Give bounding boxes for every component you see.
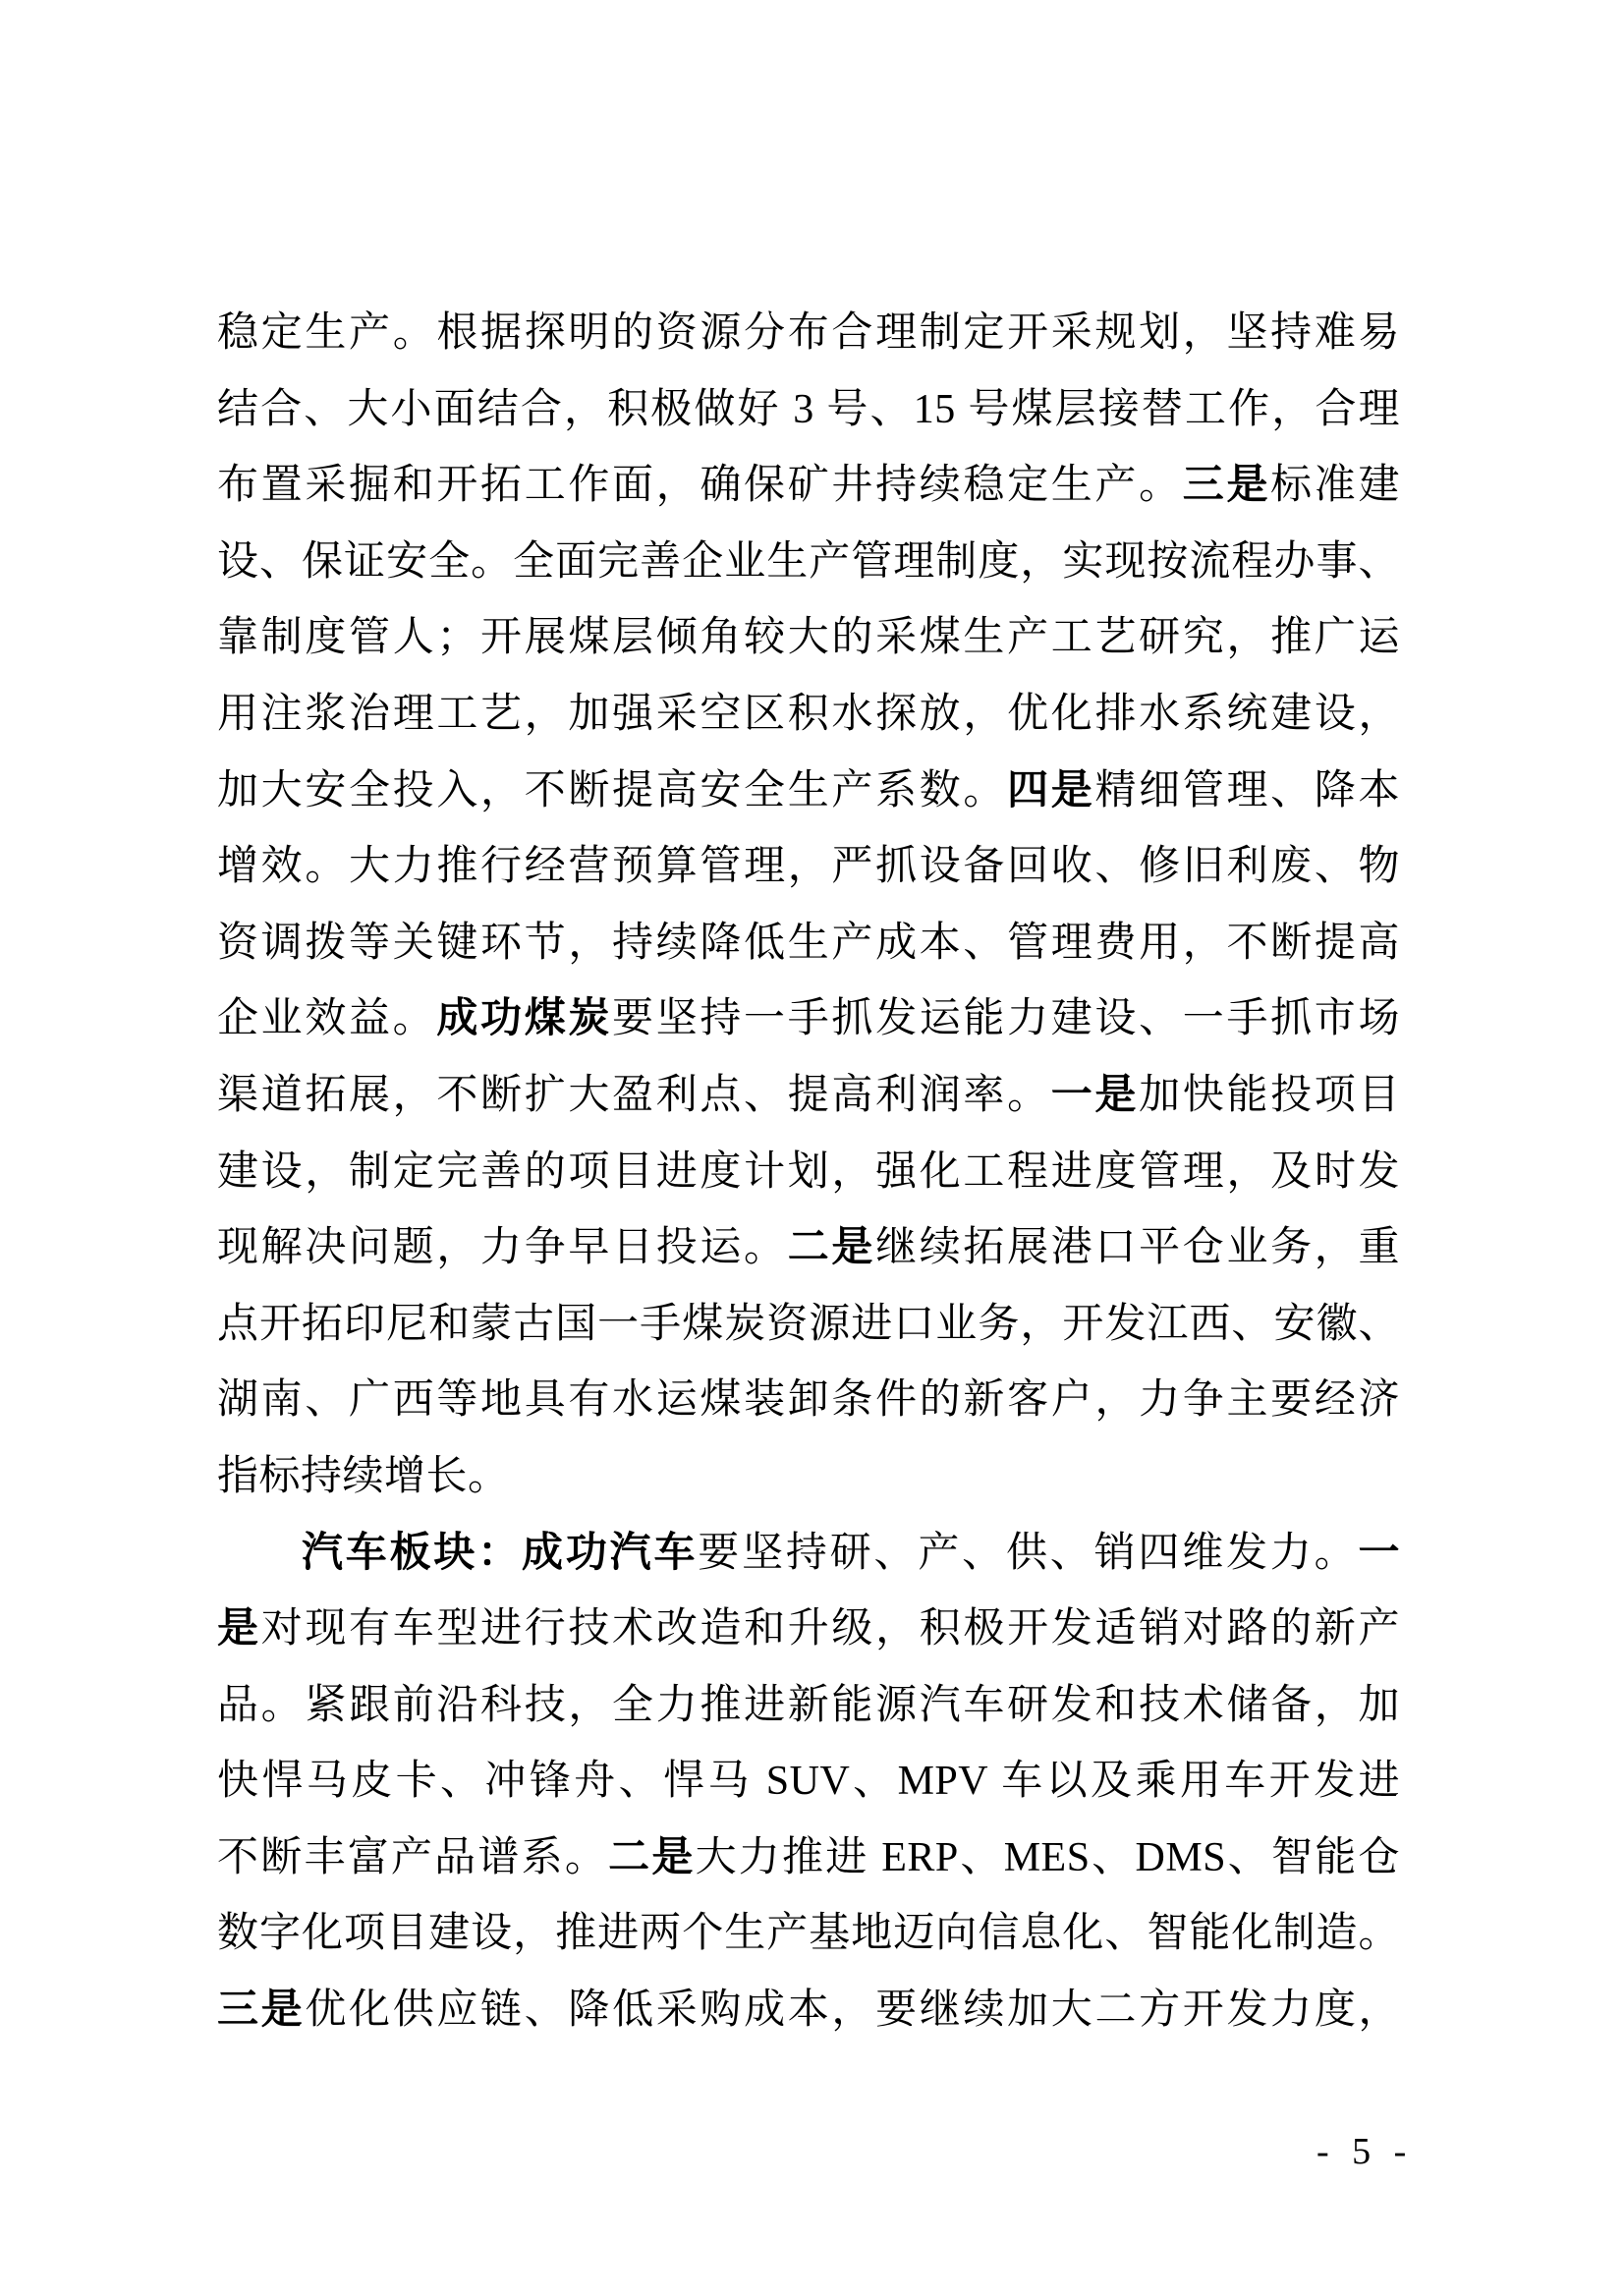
text-line: 用注浆治理工艺，加强采空区积水探放，优化排水系统建设，	[217, 677, 1400, 754]
bold-text-segment: 三是	[217, 1988, 305, 2033]
bold-text-segment: 成功煤炭	[436, 996, 612, 1041]
text-block: 稳定生产。根据探明的资源分布合理制定开采规划，坚持难易结合、大小面结合，积极做好…	[217, 296, 1400, 2049]
text-segment: 点开拓印尼和蒙古国一手煤炭资源进口业务，开发江西、安徽、	[217, 1302, 1400, 1347]
text-line: 设、保证安全。全面完善企业生产管理制度，实现按流程办事、	[217, 525, 1400, 601]
bold-text-segment: 四是	[1007, 768, 1094, 813]
text-segment: 结合、大小面结合，积极做好 3 号、15 号煤层接替工作，合理	[217, 387, 1400, 432]
text-line: 品。紧跟前沿科技，全力推进新能源汽车研发和技术储备，加	[217, 1668, 1400, 1745]
text-segment: 用注浆治理工艺，加强采空区积水探放，优化排水系统建设，	[217, 692, 1400, 737]
text-segment: 数字化项目建设，推进两个生产基地迈向信息化、智能化制造。	[217, 1911, 1400, 1956]
text-line: 汽车板块：成功汽车要坚持研、产、供、销四维发力。一	[217, 1516, 1400, 1593]
bold-text-segment: 二是	[788, 1225, 875, 1270]
text-line: 资调拨等关键环节，持续降低生产成本、管理费用，不断提高	[217, 906, 1400, 982]
bold-text-segment: 三是	[1183, 463, 1270, 508]
text-line: 点开拓印尼和蒙古国一手煤炭资源进口业务，开发江西、安徽、	[217, 1287, 1400, 1364]
text-line: 快悍马皮卡、冲锋舟、悍马 SUV、MPV 车以及乘用车开发进度，	[217, 1744, 1400, 1820]
text-line: 布置采掘和开拓工作面，确保矿井持续稳定生产。三是标准建	[217, 448, 1400, 525]
text-segment: 不断丰富产品谱系。	[217, 1835, 608, 1880]
bold-text-segment: 二是	[608, 1835, 695, 1880]
page-number: - 5 -	[1316, 2130, 1408, 2173]
bold-text-segment: 是	[217, 1606, 261, 1652]
text-segment: 建设，制定完善的项目进度计划，强化工程进度管理，及时发	[217, 1149, 1400, 1195]
text-line: 湖南、广西等地具有水运煤装卸条件的新客户，力争主要经济	[217, 1363, 1400, 1439]
text-line: 稳定生产。根据探明的资源分布合理制定开采规划，坚持难易	[217, 296, 1400, 372]
text-line: 结合、大小面结合，积极做好 3 号、15 号煤层接替工作，合理	[217, 372, 1400, 449]
text-segment: 加快能投项目	[1139, 1073, 1400, 1118]
text-segment: 稳定生产。根据探明的资源分布合理制定开采规划，坚持难易	[217, 310, 1400, 356]
text-line: 数字化项目建设，推进两个生产基地迈向信息化、智能化制造。	[217, 1896, 1400, 1973]
text-segment: 要坚持一手抓发运能力建设、一手抓市场	[612, 996, 1400, 1041]
text-line: 渠道拓展，不断扩大盈利点、提高利润率。一是加快能投项目	[217, 1058, 1400, 1135]
text-segment: 现解决问题，力争早日投运。	[217, 1225, 788, 1270]
bold-text-segment: 一	[1358, 1531, 1400, 1576]
text-line: 现解决问题，力争早日投运。二是继续拓展港口平仓业务，重	[217, 1210, 1400, 1287]
text-segment: 品。紧跟前沿科技，全力推进新能源汽车研发和技术储备，加	[217, 1683, 1400, 1728]
text-segment: 企业效益。	[217, 996, 436, 1041]
bold-text-segment: 汽车板块：成功汽车	[302, 1531, 698, 1576]
text-line: 企业效益。成功煤炭要坚持一手抓发运能力建设、一手抓市场	[217, 981, 1400, 1058]
text-segment: 加大安全投入，不断提高安全生产系数。	[217, 768, 1007, 813]
text-line: 指标持续增长。	[217, 1439, 1400, 1516]
text-line: 不断丰富产品谱系。二是大力推进 ERP、MES、DMS、智能仓储等	[217, 1820, 1400, 1897]
text-segment: 渠道拓展，不断扩大盈利点、提高利润率。	[217, 1073, 1051, 1118]
text-line: 靠制度管人；开展煤层倾角较大的采煤生产工艺研究，推广运	[217, 600, 1400, 677]
text-segment: 标准建	[1270, 463, 1400, 508]
text-line: 三是优化供应链、降低采购成本，要继续加大二方开发力度，	[217, 1973, 1400, 2049]
text-line: 建设，制定完善的项目进度计划，强化工程进度管理，及时发	[217, 1135, 1400, 1211]
text-segment: 快悍马皮卡、冲锋舟、悍马 SUV、MPV 车以及乘用车开发进度，	[217, 1759, 1400, 1820]
text-segment: 继续拓展港口平仓业务，重	[875, 1225, 1400, 1270]
text-segment: 对现有车型进行技术改造和升级，积极开发适销对路的新产	[261, 1606, 1400, 1652]
text-line: 加大安全投入，不断提高安全生产系数。四是精细管理、降本	[217, 754, 1400, 830]
bold-text-segment: 一是	[1051, 1073, 1139, 1118]
text-segment: 设、保证安全。全面完善企业生产管理制度，实现按流程办事、	[217, 539, 1400, 585]
text-segment: 靠制度管人；开展煤层倾角较大的采煤生产工艺研究，推广运	[217, 615, 1400, 660]
text-segment: 布置采掘和开拓工作面，确保矿井持续稳定生产。	[217, 463, 1183, 508]
text-segment: 湖南、广西等地具有水运煤装卸条件的新客户，力争主要经济	[217, 1377, 1400, 1423]
text-segment: 优化供应链、降低采购成本，要继续加大二方开发力度，	[305, 1988, 1400, 2033]
text-segment: 增效。大力推行经营预算管理，严抓设备回收、修旧利废、物	[217, 844, 1400, 889]
text-segment: 指标持续增长。	[217, 1454, 510, 1499]
text-segment: 精细管理、降本	[1094, 768, 1400, 813]
text-segment: 资调拨等关键环节，持续降低生产成本、管理费用，不断提高	[217, 921, 1400, 966]
text-segment: 要坚持研、产、供、销四维发力。	[698, 1531, 1358, 1576]
text-line: 是对现有车型进行技术改造和升级，积极开发适销对路的新产	[217, 1592, 1400, 1668]
document-page: 稳定生产。根据探明的资源分布合理制定开采规划，坚持难易结合、大小面结合，积极做好…	[0, 0, 1624, 2296]
text-line: 增效。大力推行经营预算管理，严抓设备回收、修旧利废、物	[217, 829, 1400, 906]
